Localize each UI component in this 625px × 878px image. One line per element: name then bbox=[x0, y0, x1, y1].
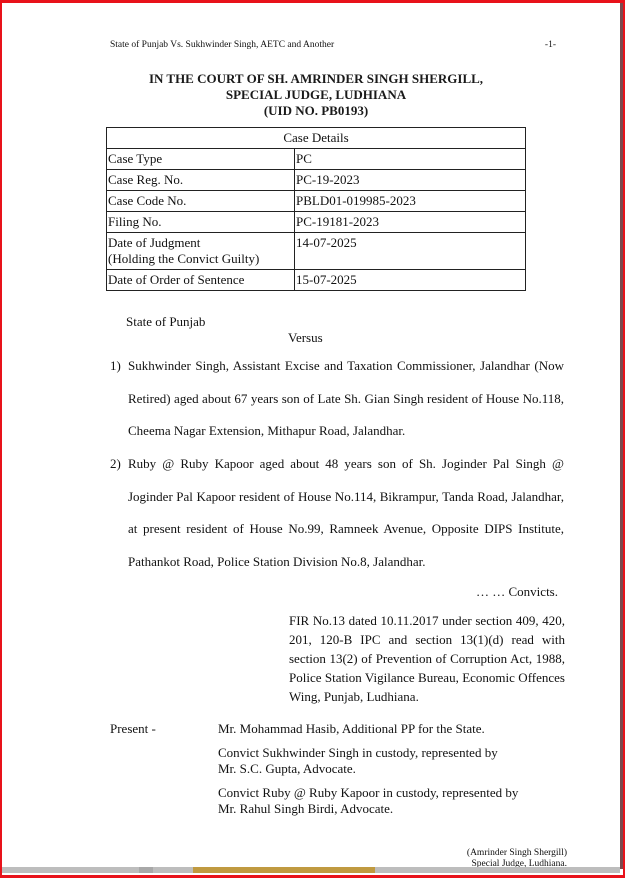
running-header-title: State of Punjab Vs. Sukhwinder Singh, AE… bbox=[110, 40, 334, 50]
accused-1-text: Sukhwinder Singh, Assistant Excise and T… bbox=[128, 350, 564, 448]
scrollbar-segment bbox=[139, 867, 153, 873]
table-row: Filing No. PC-19181-2023 bbox=[107, 212, 526, 233]
complainant: State of Punjab bbox=[126, 314, 205, 330]
signature-name: (Amrinder Singh Shergill) bbox=[442, 848, 567, 859]
case-type-label: Case Type bbox=[107, 149, 295, 170]
case-code-no-value: PBLD01-019985-2023 bbox=[295, 191, 526, 212]
convicts-label: … … Convicts. bbox=[476, 584, 558, 600]
page-number: -1- bbox=[545, 40, 556, 50]
court-title: IN THE COURT OF SH. AMRINDER SINGH SHERG… bbox=[2, 71, 625, 119]
scrollbar-thumb[interactable] bbox=[193, 867, 375, 873]
case-details-heading: Case Details bbox=[107, 128, 526, 149]
fir-details: FIR No.13 dated 10.11.2017 under section… bbox=[289, 611, 565, 706]
present-entry: Convict Ruby @ Ruby Kapoor in custody, r… bbox=[218, 785, 578, 817]
date-of-sentence-value: 15-07-2025 bbox=[295, 270, 526, 291]
case-details-table: Case Details Case Type PC Case Reg. No. … bbox=[106, 127, 526, 291]
table-row: Date of Order of Sentence 15-07-2025 bbox=[107, 270, 526, 291]
versus-label: Versus bbox=[288, 330, 323, 346]
present-entry-line1: Mr. Mohammad Hasib, Additional PP for th… bbox=[218, 721, 485, 736]
horizontal-scrollbar[interactable] bbox=[2, 867, 620, 873]
present-list: Mr. Mohammad Hasib, Additional PP for th… bbox=[218, 721, 578, 825]
court-title-line2: SPECIAL JUDGE, LUDHIANA bbox=[0, 87, 625, 103]
date-of-sentence-label: Date of Order of Sentence bbox=[107, 270, 295, 291]
table-row: Date of Judgment (Holding the Convict Gu… bbox=[107, 233, 526, 270]
vertical-scrollbar-edge bbox=[620, 3, 623, 869]
date-of-judgment-value: 14-07-2025 bbox=[295, 233, 526, 270]
case-details-heading-row: Case Details bbox=[107, 128, 526, 149]
case-reg-no-label: Case Reg. No. bbox=[107, 170, 295, 191]
case-reg-no-value: PC-19-2023 bbox=[295, 170, 526, 191]
accused-2: 2) Ruby @ Ruby Kapoor aged about 48 year… bbox=[110, 448, 564, 578]
present-entry-line2: Mr. S.C. Gupta, Advocate. bbox=[218, 761, 356, 776]
table-row: Case Reg. No. PC-19-2023 bbox=[107, 170, 526, 191]
accused-1: 1) Sukhwinder Singh, Assistant Excise an… bbox=[110, 350, 564, 448]
case-type-value: PC bbox=[295, 149, 526, 170]
present-label: Present - bbox=[110, 721, 156, 737]
present-entry-line2: Mr. Rahul Singh Birdi, Advocate. bbox=[218, 801, 393, 816]
date-of-judgment-label-line1: Date of Judgment bbox=[108, 235, 293, 251]
present-entry: Convict Sukhwinder Singh in custody, rep… bbox=[218, 745, 578, 777]
court-title-line3: (UID NO. PB0193) bbox=[0, 103, 625, 119]
document-page: State of Punjab Vs. Sukhwinder Singh, AE… bbox=[2, 3, 620, 867]
table-row: Case Code No. PBLD01-019985-2023 bbox=[107, 191, 526, 212]
filing-no-value: PC-19181-2023 bbox=[295, 212, 526, 233]
filing-no-label: Filing No. bbox=[107, 212, 295, 233]
accused-2-text: Ruby @ Ruby Kapoor aged about 48 years s… bbox=[128, 448, 564, 578]
accused-1-number: 1) bbox=[110, 350, 121, 383]
present-entry-line1: Convict Sukhwinder Singh in custody, rep… bbox=[218, 745, 498, 760]
date-of-judgment-label-line2: (Holding the Convict Guilty) bbox=[108, 251, 293, 267]
date-of-judgment-label: Date of Judgment (Holding the Convict Gu… bbox=[107, 233, 295, 270]
present-entry: Mr. Mohammad Hasib, Additional PP for th… bbox=[218, 721, 578, 737]
table-row: Case Type PC bbox=[107, 149, 526, 170]
court-title-line1: IN THE COURT OF SH. AMRINDER SINGH SHERG… bbox=[0, 71, 625, 87]
accused-2-number: 2) bbox=[110, 448, 121, 481]
case-code-no-label: Case Code No. bbox=[107, 191, 295, 212]
present-entry-line1: Convict Ruby @ Ruby Kapoor in custody, r… bbox=[218, 785, 518, 800]
